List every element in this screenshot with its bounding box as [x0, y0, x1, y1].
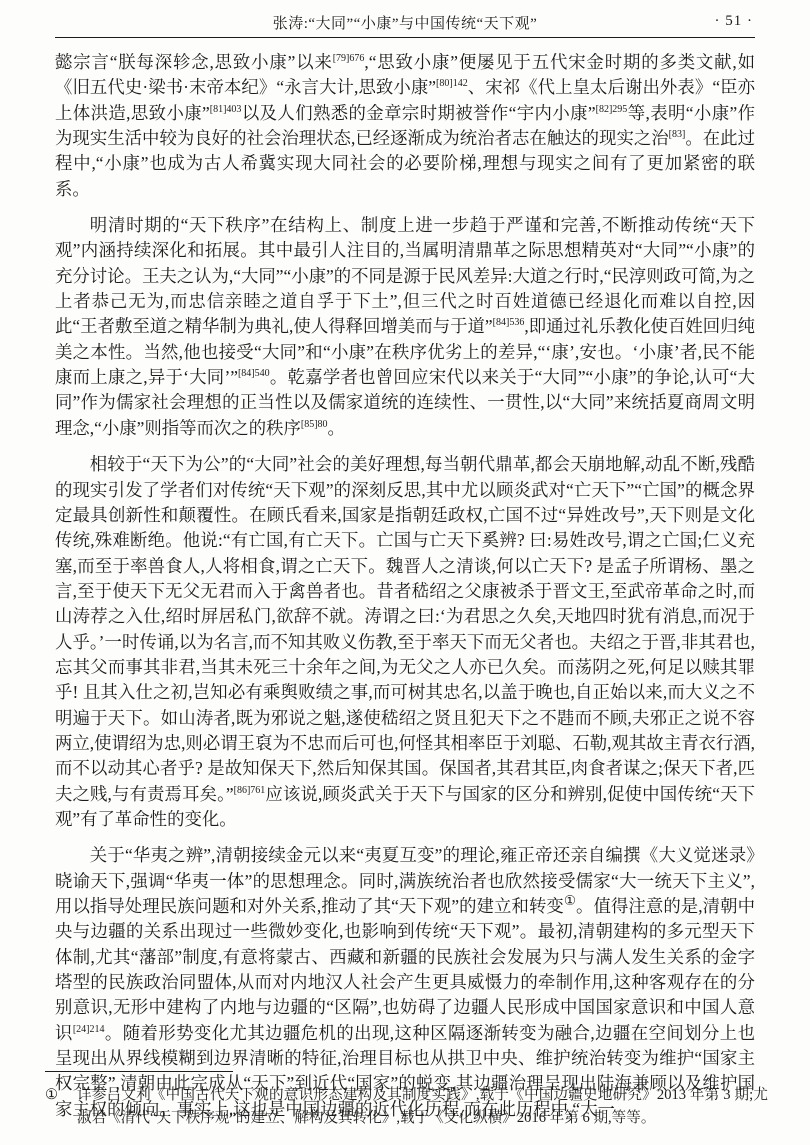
citation-ref: [83] [669, 129, 686, 140]
article-body: 懿宗言“朕每深轸念,思致小康”以来[79]676,“思致小康”便屡见于五代宋金时… [55, 50, 755, 1122]
citation-ref: [82]295 [596, 104, 628, 115]
paragraph: 相较于“天下为公”的“大同”社会的美好理想,每当朝代鼎革,都会天崩地解,动乱不断… [55, 452, 755, 832]
page-number: · 51 · [715, 13, 754, 30]
paragraph: 关于“华夷之辨”,清朝接续金元以来“夷夏互变”的理论,雍正帝还亲自编撰《大义觉迷… [55, 843, 755, 1122]
journal-page: 张涛:“大同”“小康”与中国传统“天下观” · 51 · 懿宗言“朕每深轸念,思… [0, 0, 810, 1145]
citation-ref: [81]403 [210, 104, 242, 115]
citation-ref: [84]540 [238, 368, 270, 379]
citation-ref: [86]761 [234, 785, 266, 796]
header-rule [55, 37, 755, 38]
footnote: ① 详参吕文利《中国古代天下观的意识形态建构及其制度实践》,载于《中国边疆史地研… [45, 1084, 768, 1129]
running-title: 张涛:“大同”“小康”与中国传统“天下观” [55, 12, 755, 33]
footnote-divider [45, 1071, 233, 1072]
footnote-ref: ① [564, 893, 576, 908]
footnote-marker: ① [45, 1084, 67, 1107]
citation-ref: [84]536 [493, 318, 525, 329]
paragraph: 懿宗言“朕每深轸念,思致小康”以来[79]676,“思致小康”便屡见于五代宋金时… [55, 50, 755, 202]
citation-ref: [80]142 [436, 79, 468, 90]
citation-ref: [24]214 [73, 1024, 105, 1035]
citation-ref: [79]676 [333, 53, 365, 64]
citation-ref: [85]80 [301, 419, 328, 430]
page-header: 张涛:“大同”“小康”与中国传统“天下观” · 51 · [55, 12, 755, 36]
paragraph: 明清时期的“天下秩序”在结构上、制度上进一步趋于严谨和完善,不断推动传统“天下观… [55, 213, 755, 441]
footnote-text: 详参吕文利《中国古代天下观的意识形态建构及其制度实践》,载于《中国边疆史地研究》… [77, 1084, 768, 1129]
paragraphs-container: 懿宗言“朕每深轸念,思致小康”以来[79]676,“思致小康”便屡见于五代宋金时… [55, 50, 755, 1122]
